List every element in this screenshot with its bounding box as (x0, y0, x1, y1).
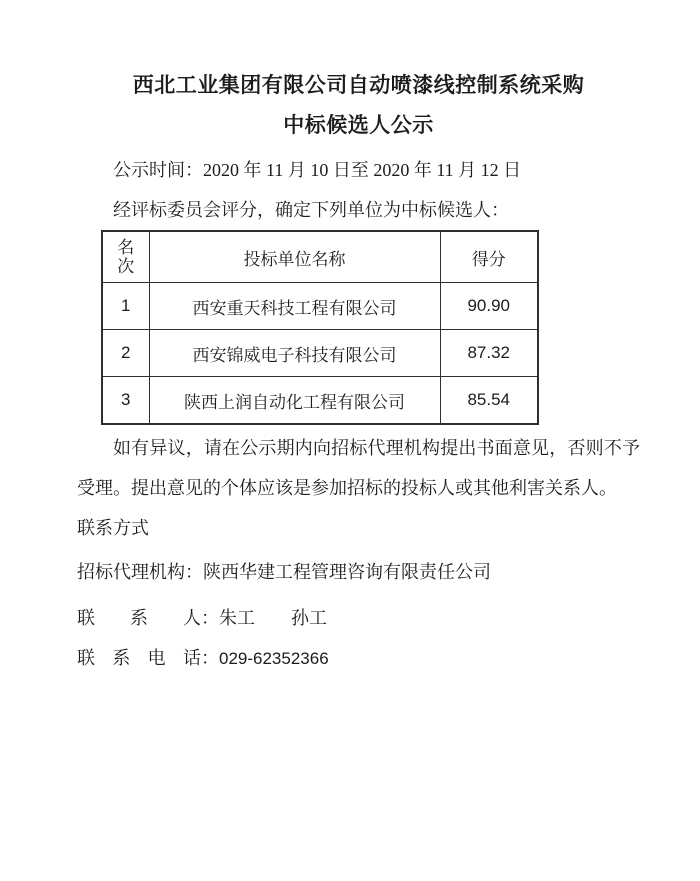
intro-line: 经评标委员会评分，确定下列单位为中标候选人： (77, 190, 640, 230)
contact-line-phone: 联系电话：029-62352366 (77, 638, 640, 679)
document-page: 西北工业集团有限公司自动喷漆线控制系统采购 中标候选人公示 公示时间：2020 … (0, 0, 700, 881)
publicity-period: 公示时间：2020 年 11 月 10 日至 2020 年 11 月 12 日 (77, 150, 640, 190)
header-rank: 名次 (102, 231, 149, 283)
contact-line-person: 联系人：朱工 孙工 (77, 598, 640, 638)
rank-cell: 2 (102, 330, 149, 377)
document-title-line1: 西北工业集团有限公司自动喷漆线控制系统采购 (77, 70, 640, 100)
contact-line-agency: 招标代理机构：陕西华建工程管理咨询有限责任公司 (77, 552, 640, 592)
phone-value: 029-62352366 (219, 649, 329, 668)
contact-heading: 联系方式 (77, 508, 640, 548)
candidates-table: 名次 投标单位名称 得分 1 西安重天科技工程有限公司 90.90 2 西安锦威… (101, 230, 539, 425)
bidder-cell: 陕西上润自动化工程有限公司 (149, 377, 440, 425)
header-bidder: 投标单位名称 (149, 231, 440, 283)
bidder-cell: 西安锦威电子科技有限公司 (149, 330, 440, 377)
table-header-row: 名次 投标单位名称 得分 (102, 231, 538, 283)
person-value: 朱工 孙工 (219, 608, 327, 628)
colon: ： (201, 648, 219, 668)
rank-cell: 1 (102, 283, 149, 330)
objection-paragraph: 如有异议，请在公示期内向招标代理机构提出书面意见，否则不予受理。提出意见的个体应… (77, 428, 640, 508)
score-cell: 87.32 (440, 330, 538, 377)
agency-label: 招标代理机构 (77, 562, 185, 582)
table-row: 2 西安锦威电子科技有限公司 87.32 (102, 330, 538, 377)
header-score: 得分 (440, 231, 538, 283)
rank-cell: 3 (102, 377, 149, 425)
table-row: 3 陕西上润自动化工程有限公司 85.54 (102, 377, 538, 425)
colon: ： (185, 562, 203, 582)
person-label: 联系人 (77, 598, 201, 638)
score-cell: 85.54 (440, 377, 538, 425)
colon: ： (201, 608, 219, 628)
agency-value: 陕西华建工程管理咨询有限责任公司 (203, 562, 491, 582)
phone-label: 联系电话 (77, 638, 201, 678)
bidder-cell: 西安重天科技工程有限公司 (149, 283, 440, 330)
header-rank-label: 名次 (116, 238, 136, 276)
document-title-line2: 中标候选人公示 (77, 110, 640, 140)
table-row: 1 西安重天科技工程有限公司 90.90 (102, 283, 538, 330)
score-cell: 90.90 (440, 283, 538, 330)
